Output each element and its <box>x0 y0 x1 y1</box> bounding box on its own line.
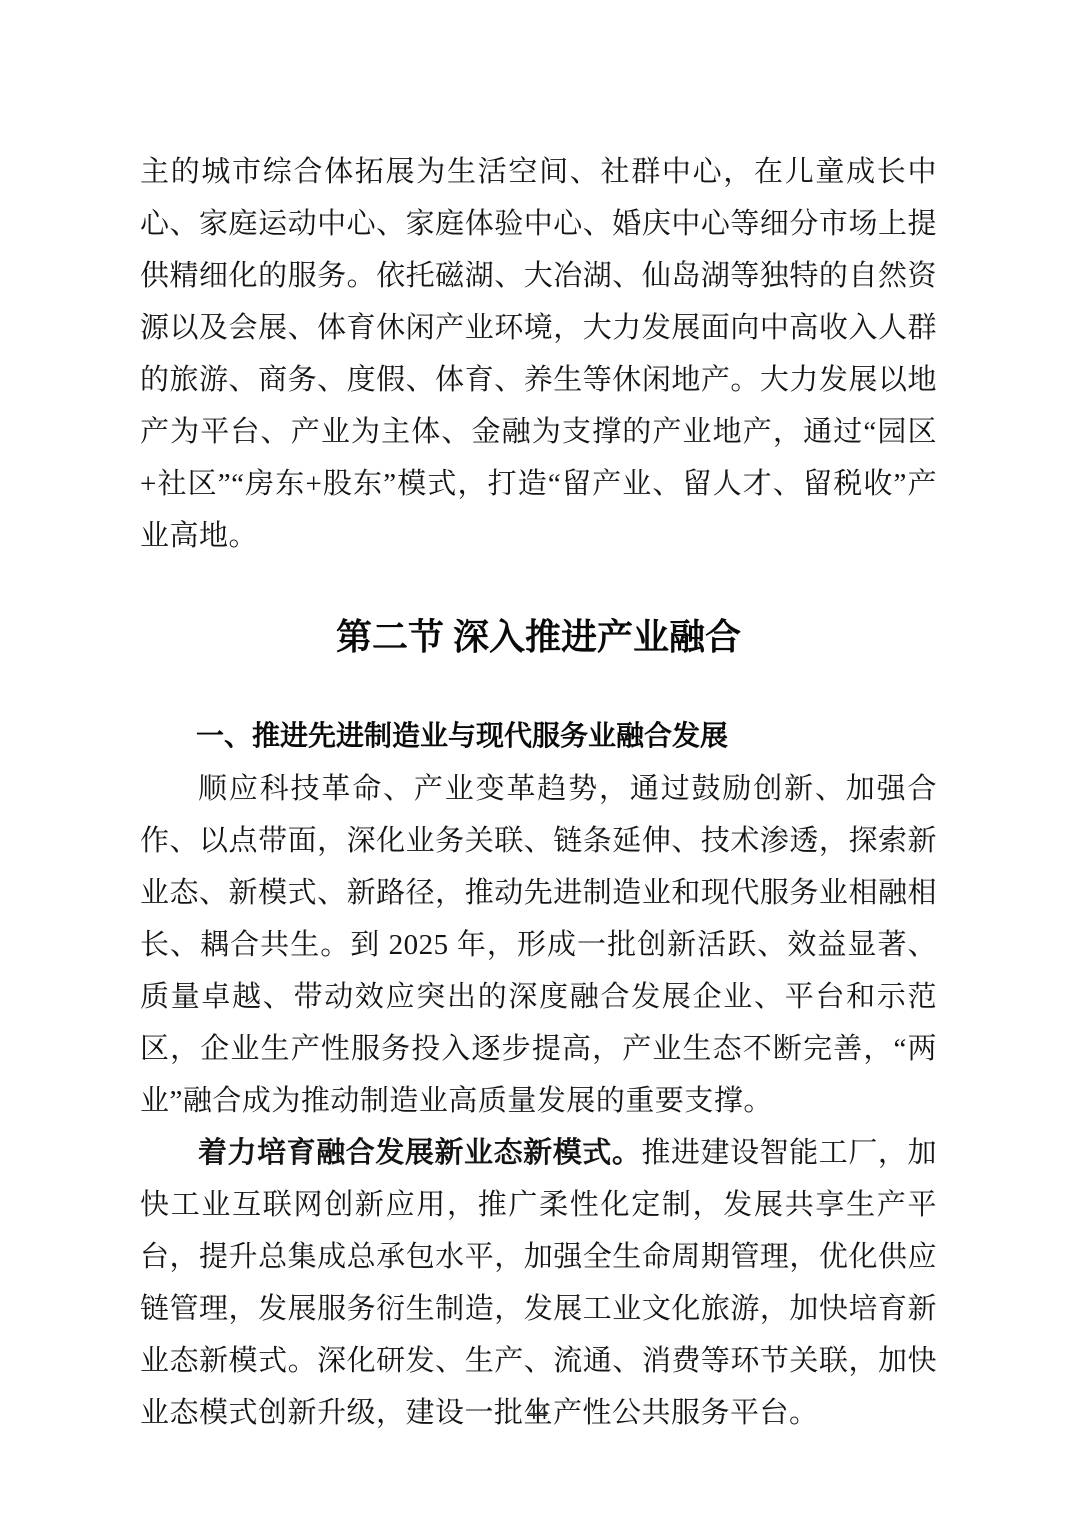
paragraph-lead-sentence: 着力培育融合发展新业态新模式。 <box>198 1137 641 1169</box>
paragraph-two-industries-integration: 顺应科技革命、产业变革趋势，通过鼓励创新、加强合作、以点带面，深化业务关联、链条… <box>140 763 937 1127</box>
paragraph-continuation: 主的城市综合体拓展为生活空间、社群中心，在儿童成长中心、家庭运动中心、家庭体验中… <box>140 146 937 562</box>
paragraph-new-business-models: 着力培育融合发展新业态新模式。推进建设智能工厂，加快工业互联网创新应用，推广柔性… <box>140 1127 937 1439</box>
page-content: 主的城市综合体拓展为生活空间、社群中心，在儿童成长中心、家庭运动中心、家庭体验中… <box>140 0 937 1439</box>
subsection-heading: 一、推进先进制造业与现代服务业融合发展 <box>140 718 937 754</box>
section-heading: 第二节 深入推进产业融合 <box>140 615 937 659</box>
page-footer: 44 <box>0 1398 1074 1426</box>
paragraph-body-text: 推进建设智能工厂，加快工业互联网创新应用，推广柔性化定制，发展共享生产平台，提升… <box>140 1137 937 1429</box>
document-page: 主的城市综合体拓展为生活空间、社群中心，在儿童成长中心、家庭运动中心、家庭体验中… <box>0 0 1074 1520</box>
page-number: 44 <box>527 1400 548 1424</box>
